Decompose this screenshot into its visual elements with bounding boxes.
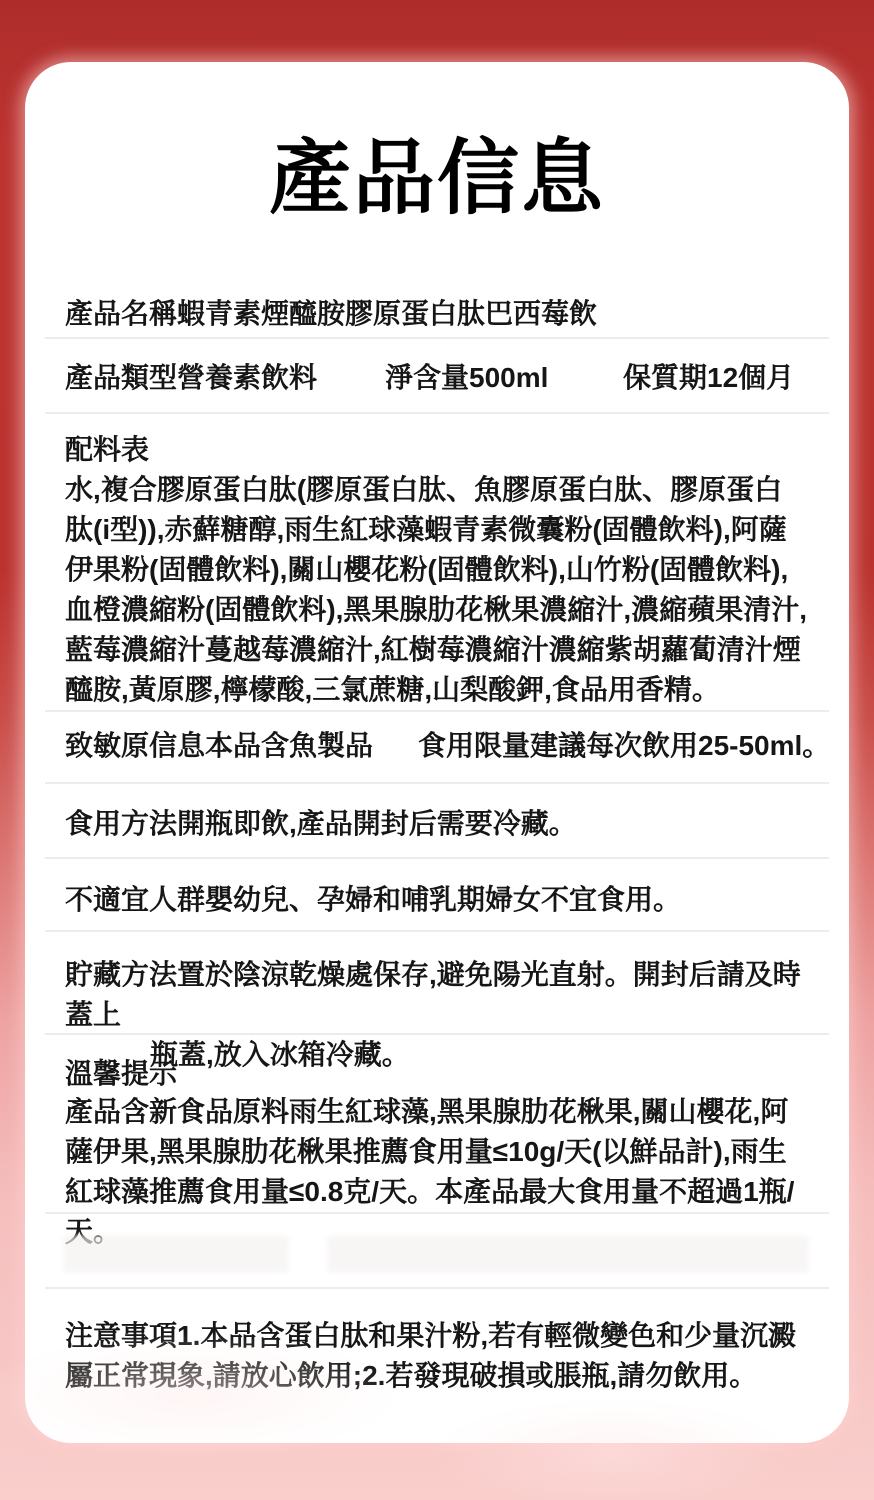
divider [45,1212,829,1214]
unsuitable-value: 嬰幼兒、孕婦和哺乳期婦女不宜食用。 [205,884,681,915]
product-name-value: 蝦青素煙醯胺膠原蛋白肽巴西莓飲 [177,298,597,329]
page-title: 產品信息 [25,136,849,222]
unsuitable-group-row: 不適宜人群嬰幼兒、孕婦和哺乳期婦女不宜食用。 [65,880,807,920]
shelf-life-value: 12個月 [707,362,794,393]
unsuitable-label: 不適宜人群 [65,884,205,915]
divider [45,1033,829,1035]
intake-limit-label: 食用限量建議 [418,730,586,761]
product-meta-row: 產品類型營養素飲料 淨含量500ml 保質期12個月 [65,358,807,398]
ingredients-heading: 配料表 [65,430,807,470]
divider [45,337,829,339]
net-content-field: 淨含量500ml [385,358,548,398]
divider [45,930,829,932]
product-type-value: 營養素飲料 [177,362,317,393]
divider [45,710,829,712]
faded-text-remnant [327,1235,809,1273]
storage-line-1: 貯藏方法置於陰涼乾燥處保存,避免陽光直射。開封后請及時蓋上 [65,955,807,1035]
tips-heading: 溫馨提示 [65,1054,807,1094]
usage-value: 開瓶即飲,產品開封后需要冷藏。 [177,808,577,839]
tips-text: 產品含新食品原料雨生紅球藻,黑果腺肋花楸果,關山櫻花,阿薩伊果,黑果腺肋花楸果推… [65,1092,807,1252]
faded-text-remnant [63,1235,289,1273]
divider [45,857,829,859]
divider [45,782,829,784]
net-content-value: 500ml [469,362,548,393]
allergen-field: 致敏原信息本品含魚製品 [65,726,373,766]
usage-label: 食用方法 [65,808,177,839]
product-type-field: 產品類型營養素飲料 [65,358,317,398]
intake-limit-field: 食用限量建議每次飲用25-50ml。 [418,726,830,766]
intake-limit-value: 每次飲用25-50ml。 [586,730,830,761]
page-background: 產品信息 產品名稱蝦青素煙醯胺膠原蛋白肽巴西莓飲 產品類型營養素飲料 淨含量50… [0,0,874,1500]
allergen-row: 致敏原信息本品含魚製品 食用限量建議每次飲用25-50ml。 [65,726,807,766]
shelf-life-label: 保質期 [623,362,707,393]
shelf-life-field: 保質期12個月 [623,358,794,398]
product-type-label: 產品類型 [65,362,177,393]
product-name-row: 產品名稱蝦青素煙醯胺膠原蛋白肽巴西莓飲 [65,294,807,334]
product-name-label: 產品名稱 [65,298,177,329]
ingredients-text: 水,複合膠原蛋白肽(膠原蛋白肽、魚膠原蛋白肽、膠原蛋白肽(i型)),赤蘚糖醇,雨… [65,470,807,710]
allergen-label: 致敏原信息 [65,730,205,761]
notes-text: 注意事項1.本品含蛋白肽和果汁粉,若有輕微變色和少量沉澱屬正常現象,請放心飲用;… [65,1316,807,1396]
allergen-value: 本品含魚製品 [205,730,373,761]
divider [45,412,829,414]
divider [45,1287,829,1289]
product-info-card: 產品信息 產品名稱蝦青素煙醯胺膠原蛋白肽巴西莓飲 產品類型營養素飲料 淨含量50… [25,62,849,1443]
net-content-label: 淨含量 [385,362,469,393]
usage-row: 食用方法開瓶即飲,產品開封后需要冷藏。 [65,804,807,844]
